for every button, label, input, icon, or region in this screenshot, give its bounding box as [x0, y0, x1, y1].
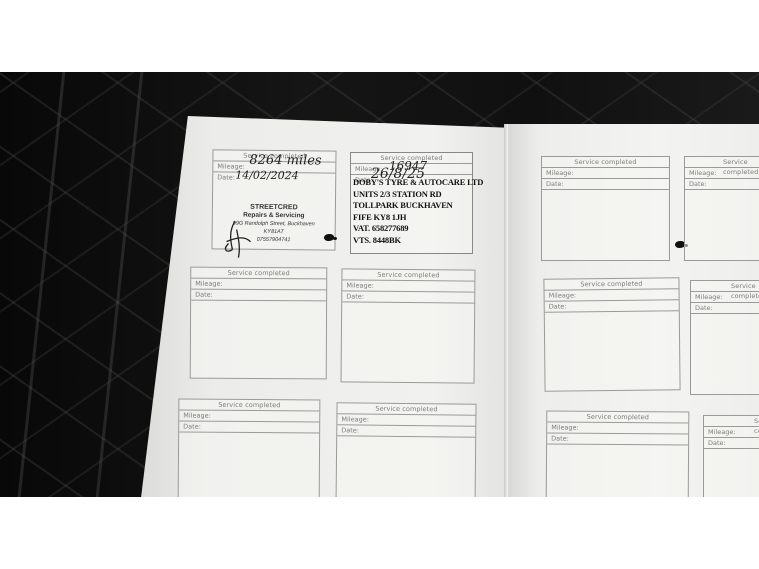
service-box-1: Service completed Mileage: 8264 miles Da…: [211, 149, 336, 250]
service-box-header: Service completed: [704, 416, 759, 427]
service-box-3: Service completed Mileage: Date:: [190, 267, 328, 380]
date-label: Date:: [542, 179, 669, 190]
stamp-line: VAT. 658277689: [353, 223, 483, 235]
photo: Service completed Mileage: 8264 miles Da…: [0, 72, 759, 497]
stamp-line: VTS. 8448BK: [353, 235, 483, 247]
service-box-12: Service completed Mileage: Date:: [703, 415, 759, 497]
service-box-6: Service completed Mileage: Date:: [335, 402, 476, 497]
service-box-10: Service completed Mileage: Date:: [690, 280, 759, 395]
mileage-label: Mileage:: [704, 427, 759, 438]
date-label: Date:: [685, 179, 759, 190]
date-label: Date:: [179, 422, 319, 434]
ink-smudge: [324, 234, 334, 241]
mileage-label: Mileage:: [685, 168, 759, 179]
service-box-11: Service completed Mileage: Date:: [546, 411, 690, 497]
service-box-header: Service completed: [542, 157, 669, 168]
date-label: Date:: [337, 425, 475, 437]
stamp-line: DOBY'S TYRE & AUTOCARE LTD: [353, 177, 483, 189]
stamp-line: FIFE KY8 1JH: [353, 212, 483, 224]
date-label: Date:: [547, 434, 688, 446]
service-box-header: Service completed: [691, 281, 759, 292]
service-box-header: Service completed: [685, 157, 759, 168]
date-label: Date:: [704, 438, 759, 449]
service-box-4: Service completed Mileage: Date:: [341, 268, 476, 383]
date-handwritten: 14/02/2024: [235, 171, 299, 182]
stamp-line: UNITS 2/3 STATION RD: [353, 189, 483, 201]
signature-icon: [216, 219, 256, 259]
date-label: Date:: [217, 173, 235, 181]
service-box-7: Service completed Mileage: Date:: [541, 156, 670, 261]
mileage-label: Mileage:: [691, 292, 759, 303]
mileage-label: Mileage:: [191, 279, 326, 291]
service-box-5: Service completed Mileage: Date:: [178, 399, 321, 497]
date-label: Date:: [545, 300, 679, 312]
stamp-line: TOLLPARK BUCKHAVEN: [353, 200, 483, 212]
service-box-9: Service completed Mileage: Date:: [543, 277, 680, 391]
service-box-header: Service completed: [191, 268, 326, 280]
mileage-handwritten: 8264 miles: [249, 156, 321, 167]
garage-stamp: DOBY'S TYRE & AUTOCARE LTD UNITS 2/3 STA…: [353, 177, 483, 246]
mileage-label: Mileage:: [542, 168, 669, 179]
stamp-area: STREETCRED Repairs & Servicing 99G Rando…: [212, 183, 335, 260]
date-label: Date:: [191, 290, 326, 302]
service-box-2: Service completed Mileage: 16947 Date: 2…: [350, 152, 473, 254]
date-label: Date:: [691, 303, 759, 314]
service-box-8: Service completed Mileage: Date:: [684, 156, 759, 261]
date-label: Date:: [342, 291, 474, 303]
